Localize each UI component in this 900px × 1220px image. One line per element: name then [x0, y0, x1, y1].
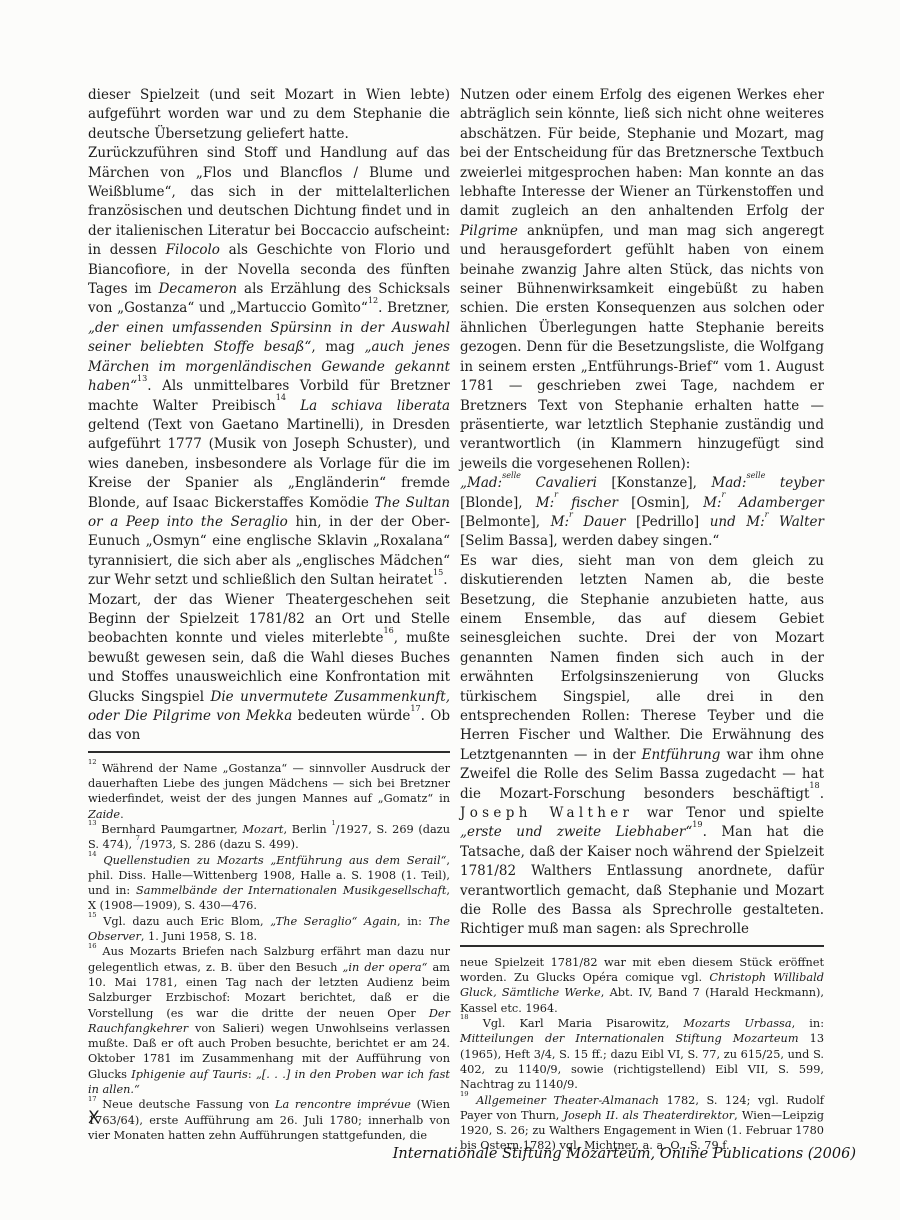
text-run: Pilgrime [460, 223, 518, 239]
text-run: Vgl. dazu auch Eric Blom, [97, 915, 271, 928]
text-run: Adamberger [725, 495, 824, 511]
footnote: neue Spielzeit 1781/82 war mit eben dies… [460, 955, 824, 1016]
footnote-ref: selle [746, 470, 765, 480]
text-run: Filocolo [166, 242, 220, 258]
text-run: Iphigenie auf Tauris [131, 1068, 248, 1081]
footnote-ref: 14 [88, 850, 97, 858]
text-run: teyber [765, 475, 824, 491]
footnote-ref: 16 [88, 942, 97, 950]
text-run: [Konstanze], [597, 475, 712, 491]
text-run: „in der opera“ [343, 961, 428, 974]
footnote-ref: r [554, 489, 558, 499]
text-run: . [443, 572, 447, 588]
left-column-footnotes: 12 Während der Name „Gostanza“ — sinnvol… [88, 761, 450, 1143]
footnote-ref: 18 [460, 1013, 469, 1021]
footnote-ref: 19 [692, 819, 702, 829]
right-column: Nutzen oder einem Erfolg des eigenen Wer… [460, 86, 824, 1154]
footnote: 15 Vgl. dazu auch Eric Blom, „The Seragl… [88, 914, 450, 945]
text-run: Sammelbände der Internationalen Musikges… [136, 884, 446, 897]
text-run: Decameron [159, 281, 238, 297]
footnote-ref: 12 [368, 295, 378, 305]
footnote: 17 Neue deutsche Fassung von La rencontr… [88, 1097, 450, 1143]
text-run: Nutzen oder einem Erfolg des eigenen Wer… [460, 87, 824, 219]
footnote-ref: 15 [88, 911, 97, 919]
footnote-ref: 15 [433, 567, 443, 577]
text-run: Mitteilungen der Internationalen Stiftun… [460, 1032, 799, 1045]
left-column-body-text: dieser Spielzeit (und seit Mozart in Wie… [88, 86, 450, 746]
text-run: [Selim Bassa], werden dabey singen.“ [460, 533, 719, 549]
footnote-ref: 17 [88, 1095, 97, 1103]
footer-credit: Internationale Stiftung Mozarteum, Onlin… [393, 1146, 856, 1162]
text-run: . [120, 808, 124, 821]
text-run: Joseph II. als Theaterdirektor [563, 1109, 734, 1122]
footnote: 12 Während der Name „Gostanza“ — sinnvol… [88, 761, 450, 822]
text-run: Es war dies, sieht man von dem gleich zu… [460, 553, 824, 763]
text-run: dieser Spielzeit (und seit Mozart in Wie… [88, 87, 450, 142]
body-paragraph: „Mad:selle Cavalieri [Konstanze], Mad:se… [460, 474, 824, 552]
text-run: , in: [792, 1017, 824, 1030]
footnote-separator [460, 945, 824, 947]
text-run: /1973, S. 286 (dazu S. 499). [140, 838, 299, 851]
text-run [286, 398, 300, 414]
text-run: „erste und zweite Liebhaber“ [460, 824, 692, 840]
footnote-ref: 7 [136, 834, 140, 842]
footnote-ref: 14 [276, 392, 286, 402]
text-run: anknüpfen, und man mag sich angeregt und… [460, 223, 824, 472]
text-run: [Blonde], [460, 495, 536, 511]
text-run: bedeuten würde [292, 708, 410, 724]
text-run: . [820, 786, 824, 802]
text-run: , Berlin [283, 823, 331, 836]
footnote-ref: 1 [331, 819, 335, 827]
right-column-footnotes: neue Spielzeit 1781/82 war mit eben dies… [460, 955, 824, 1154]
footnote: 16 Aus Mozarts Briefen nach Salzburg erf… [88, 944, 450, 1097]
text-run: Mad: [711, 475, 746, 491]
text-run: Dauer [573, 514, 626, 530]
text-run: , in: [397, 915, 429, 928]
footnote: 18 Vgl. Karl Maria Pisarowitz, Mozarts U… [460, 1016, 824, 1092]
text-run: [Belmonte], [460, 514, 551, 530]
footnote-ref: 12 [88, 758, 97, 766]
text-run: , 1. Juni 1958, S. 18. [141, 930, 257, 943]
text-run: fischer [558, 495, 618, 511]
text-run: [Osmin], [618, 495, 703, 511]
footnote-ref: 16 [383, 625, 393, 635]
footnote-ref: r [765, 509, 769, 519]
text-run: Während der Name „Gostanza“ — sinnvoller… [88, 762, 450, 806]
left-column: dieser Spielzeit (und seit Mozart in Wie… [88, 86, 450, 1143]
text-run: La rencontre imprévue [275, 1098, 411, 1111]
footnote-ref: r [569, 509, 573, 519]
footnote: 13 Bernhard Paumgartner, Mozart, Berlin … [88, 822, 450, 853]
text-run: Walter [769, 514, 824, 530]
body-paragraph: Nutzen oder einem Erfolg des eigenen Wer… [460, 86, 824, 474]
footnote-ref: 18 [809, 780, 819, 790]
text-run: „Mad: [460, 475, 502, 491]
text-run: Quellenstudien zu Mozarts „Entführung au… [103, 854, 446, 867]
text-run: „The Seraglio“ Again [270, 915, 397, 928]
body-paragraph: Mozart, der das Wiener Theatergeschehen … [88, 591, 450, 746]
body-paragraph: dieser Spielzeit (und seit Mozart in Wie… [88, 86, 450, 144]
text-run: Mozarts Urbassa [683, 1017, 791, 1030]
scanned-book-page: dieser Spielzeit (und seit Mozart in Wie… [0, 0, 900, 1220]
text-run: : [248, 1068, 256, 1081]
text-run: war Tenor und spielte [633, 805, 824, 821]
text-run: La schiava liberata [300, 398, 450, 414]
text-run: Mozart [242, 823, 283, 836]
body-paragraph: Zurückzuführen sind Stoff und Handlung a… [88, 144, 450, 590]
text-run: . Man hat die Tatsache, daß der Kaiser n… [460, 824, 824, 937]
page-number: X [88, 1108, 100, 1128]
text-run: [Pedrillo] [625, 514, 709, 530]
text-run: . Bretzner, [378, 300, 450, 316]
footnote-ref: 17 [410, 703, 420, 713]
text-run: Neue deutsche Fassung von [97, 1098, 275, 1111]
footnote-ref: 13 [88, 819, 97, 827]
text-run: und M: [710, 514, 765, 530]
text-run: Vgl. Karl Maria Pisarowitz, [469, 1017, 684, 1030]
text-run: Allgemeiner Theater-Almanach [476, 1094, 659, 1107]
footnote-ref: selle [502, 470, 521, 480]
body-paragraph: Es war dies, sieht man von dem gleich zu… [460, 552, 824, 940]
text-run: M: [551, 514, 569, 530]
footnote-separator [88, 751, 450, 753]
footnote: 19 Allgemeiner Theater-Almanach 1782, S.… [460, 1093, 824, 1154]
footnote-ref: r [721, 489, 725, 499]
text-run: Bernhard Paumgartner, [97, 823, 243, 836]
text-run: , mag [311, 339, 364, 355]
right-column-body-text: Nutzen oder einem Erfolg des eigenen Wer… [460, 86, 824, 940]
text-run: Joseph Walther [460, 805, 633, 821]
footnote-ref: 19 [460, 1090, 469, 1098]
text-run: M: [703, 495, 721, 511]
text-run: M: [536, 495, 554, 511]
footnote-ref: 13 [137, 373, 147, 383]
text-run: Cavalieri [521, 475, 597, 491]
text-run: Entführung [642, 747, 721, 763]
footnote: 14 Quellenstudien zu Mozarts „Entführung… [88, 853, 450, 914]
